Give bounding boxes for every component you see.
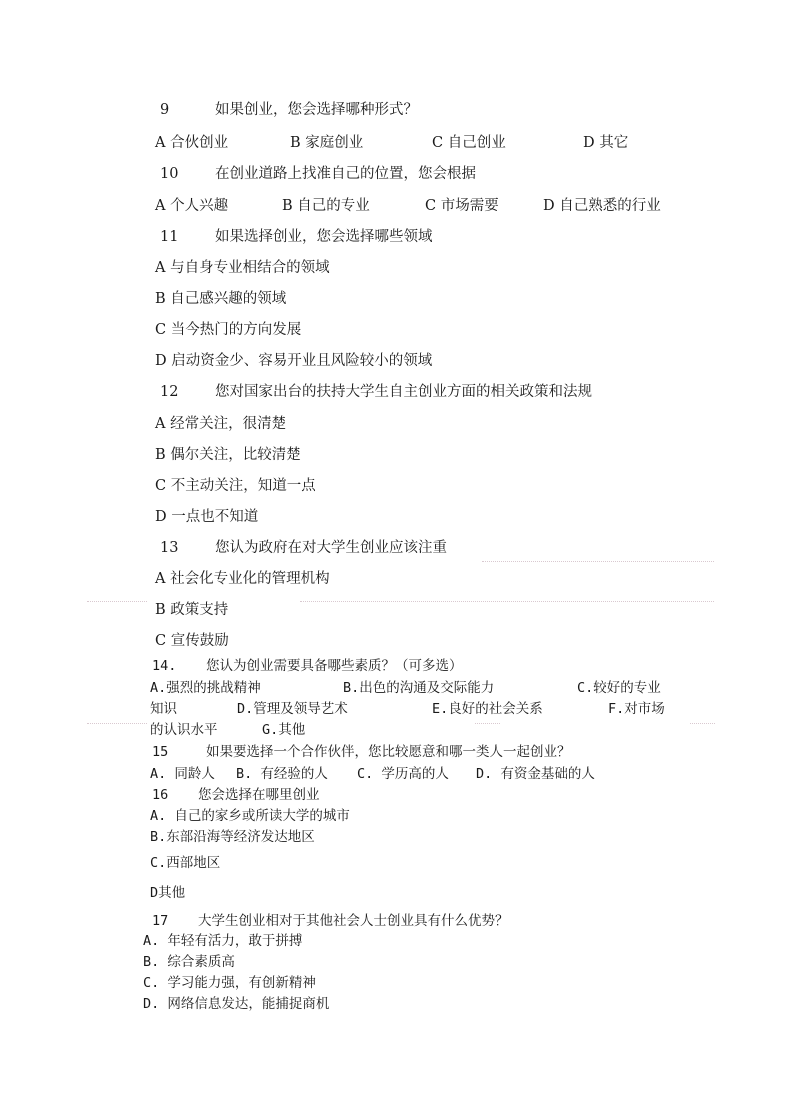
q9-option-a: A 合伙创业: [155, 134, 228, 152]
q14-option-g: G.其他: [262, 721, 305, 739]
q16-question: 您会选择在哪里创业: [198, 786, 320, 804]
q12-option-a: A 经常关注，很清楚: [155, 415, 286, 433]
q11-option-b: B 自己感兴趣的领域: [155, 290, 286, 308]
q14-question: 您认为创业需要具备哪些素质？（可多选）: [206, 657, 463, 675]
q11-question: 如果选择创业，您会选择哪些领域: [215, 228, 433, 246]
q13-option-a: A 社会化专业化的管理机构: [155, 570, 330, 588]
q15-question: 如果要选择一个合作伙伴，您比较愿意和哪一类人一起创业？: [206, 743, 571, 761]
q17-option-d: D. 网络信息发达，能捕捉商机: [143, 995, 329, 1013]
q9-option-c: C 自己创业: [432, 134, 506, 152]
q16-option-d: D其他: [150, 884, 185, 902]
q11-option-d: D 启动资金少、容易开业且风险较小的领域: [155, 352, 432, 370]
q17-option-b: B. 综合素质高: [143, 953, 235, 971]
q17-option-c: C. 学习能力强，有创新精神: [143, 974, 316, 992]
q17-question: 大学生创业相对于其他社会人士创业具有什么优势？: [198, 912, 509, 930]
dotted-rule: [87, 601, 147, 602]
q16-option-c: C.西部地区: [150, 854, 220, 872]
q9-option-b: B 家庭创业: [290, 134, 363, 152]
q11-number: 11: [160, 228, 178, 246]
q15-option-d: D. 有资金基础的人: [476, 765, 595, 783]
q16-number: 16: [152, 786, 168, 804]
q16-option-a: A. 自己的家乡或所读大学的城市: [150, 807, 350, 825]
q16-option-b: B.东部沿海等经济发达地区: [150, 828, 315, 846]
dotted-rule: [300, 601, 714, 602]
q14-option-c: C.较好的专业: [577, 679, 661, 697]
q14-option-a: A.强烈的挑战精神: [150, 679, 261, 697]
q14-number: 14.: [152, 657, 176, 675]
q15-option-c: C. 学历高的人: [357, 765, 449, 783]
q10-option-d: D 自己熟悉的行业: [543, 197, 661, 215]
q14-option-b: B.出色的沟通及交际能力: [343, 679, 494, 697]
q15-option-b: B. 有经验的人: [236, 765, 328, 783]
q11-option-a: A 与自身专业相结合的领域: [155, 259, 330, 277]
q12-question: 您对国家出台的扶持大学生自主创业方面的相关政策和法规: [215, 383, 592, 401]
q13-option-b: B 政策支持: [155, 601, 228, 619]
q14-option-d: D.管理及领导艺术: [237, 700, 348, 718]
dotted-rule: [482, 561, 714, 562]
q10-question: 在创业道路上找准自己的位置，您会根据: [215, 165, 476, 183]
q17-option-a: A. 年轻有活力，敢于拼搏: [143, 932, 302, 950]
q10-option-a: A 个人兴趣: [155, 197, 228, 215]
q10-number: 10: [160, 165, 178, 183]
q15-option-a: A. 同龄人: [150, 765, 215, 783]
q9-option-d: D 其它: [583, 134, 628, 152]
dotted-rule: [690, 723, 715, 724]
q11-option-c: C 当今热门的方向发展: [155, 321, 301, 339]
dotted-rule: [87, 723, 147, 724]
q17-number: 17: [152, 912, 168, 930]
q9-question: 如果创业，您会选择哪种形式？: [215, 101, 418, 119]
q12-option-d: D 一点也不知道: [155, 508, 258, 526]
q10-option-c: C 市场需要: [425, 197, 499, 215]
q14-option-f: F.对市场: [608, 700, 665, 718]
q10-option-b: B 自己的专业: [282, 197, 370, 215]
q13-number: 13: [160, 539, 178, 557]
q15-number: 15: [152, 743, 168, 761]
q14-option-c-cont: 知识: [150, 700, 177, 718]
q13-option-c: C 宣传鼓励: [155, 632, 229, 650]
q13-question: 您认为政府在对大学生创业应该注重: [215, 539, 447, 557]
q14-option-e: E.良好的社会关系: [432, 700, 543, 718]
q12-option-b: B 偶尔关注，比较清楚: [155, 446, 301, 464]
q14-option-f-cont: 的认识水平: [150, 721, 218, 739]
dotted-rule: [475, 723, 500, 724]
q12-number: 12: [160, 383, 178, 401]
q12-option-c: C 不主动关注，知道一点: [155, 477, 316, 495]
q9-number: 9: [160, 101, 169, 119]
